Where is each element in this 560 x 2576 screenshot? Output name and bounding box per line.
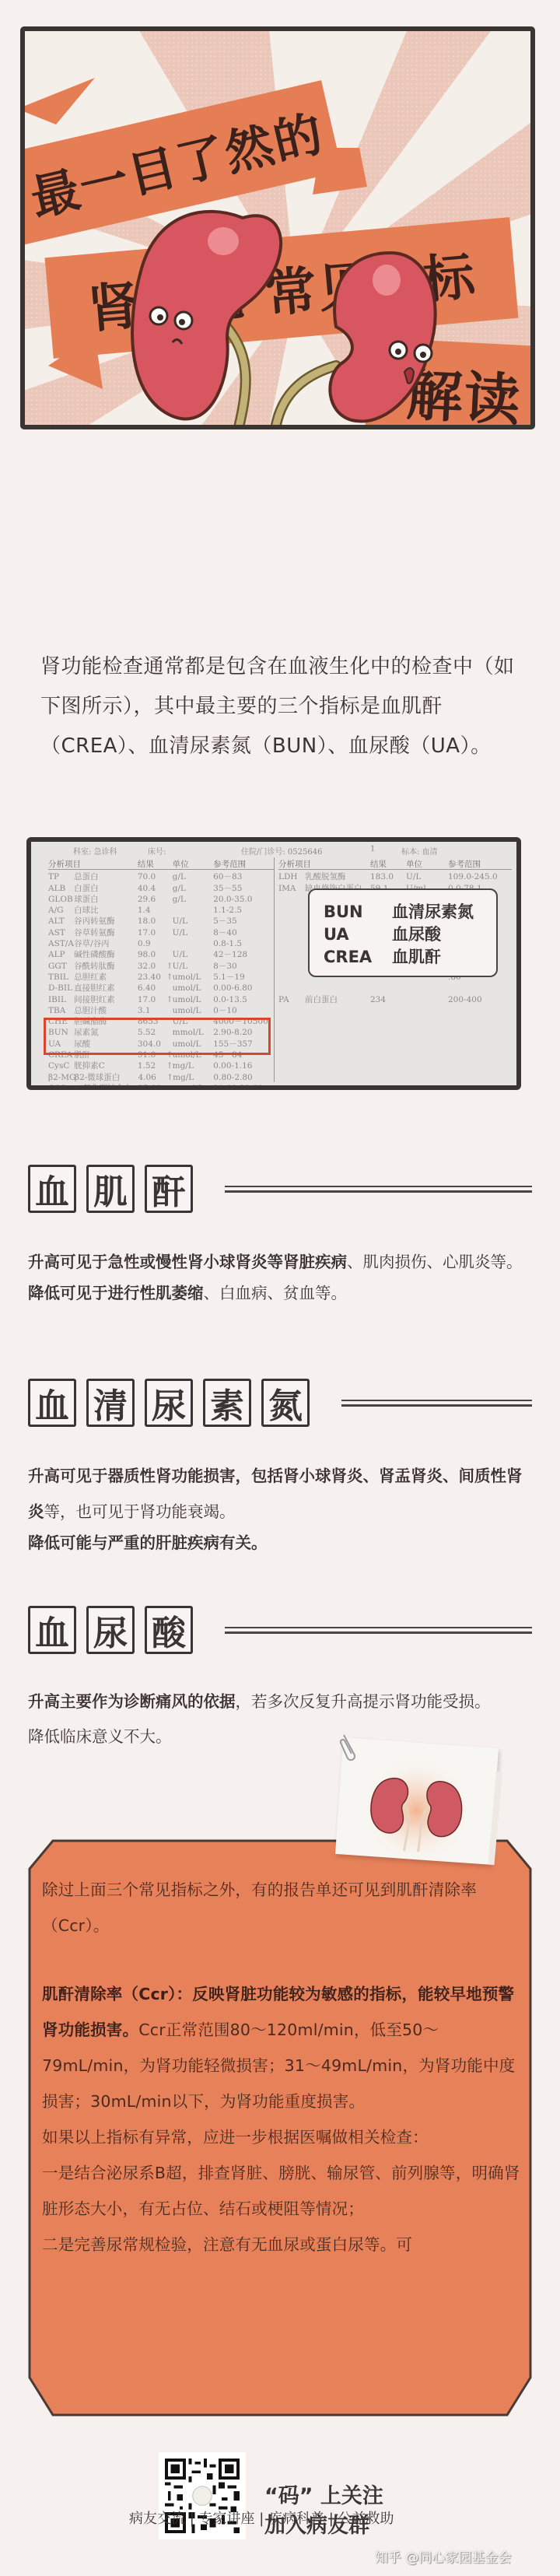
zhihu-watermark: 知乎 @同心家园基金会 [375,2546,511,2566]
report-cell-name [305,983,370,994]
report-cell-code: AST [48,927,74,938]
abnormal-flag-icon: ↑ [166,972,173,983]
report-cell-code: ALP [48,949,74,960]
report-cell-value: 17.0 [138,927,173,938]
report-cell-ref: 0.00-1.16 [213,1060,274,1071]
report-cell-name: 谷草/谷丙 [74,938,138,949]
abnormal-flag-icon: ↑ [166,961,173,972]
report-cell-value [370,983,406,994]
report-cell-code: IBIL [48,994,74,1005]
ccr-text: 除过上面三个常见指标之外，有的报告单还可见到肌酐清除率（Ccr）。 肌酐清除率（… [42,1872,520,2262]
column-header: 单位 [406,859,448,869]
indicator-legend: BUN 血清尿素氮 UA 血尿酸 CREA 血肌酐 [308,888,498,977]
legend-name: 血清尿素氮 [392,901,474,924]
report-row: TBIL总胆红素23.40↑umol/L5.1－19 [48,972,274,983]
section-title: 血 清 尿 素 氮 [28,1379,532,1427]
report-row: CysC胱抑素C1.52↑mg/L0.00-1.16 [48,1060,274,1071]
ccr-item-2: 二是完善尿常规检验，注意有无血尿或蛋白尿等。可 [42,2227,520,2262]
section-creatinine: 血 肌 酐 升高可见于急性或慢性肾小球肾炎等肾脏疾病、肌肉损伤、心肌炎等。 降低… [28,1165,532,1306]
report-cell-name: 球蛋白 [74,894,138,905]
report-cell-name: 谷草转氨酶 [74,927,138,938]
report-cell-ref: 42－128 [213,949,274,960]
report-cell-ref: 0.8-1.5 [213,938,274,949]
report-cell-name: 乳酸脱氢酶 [305,871,370,882]
legend-name: 血尿酸 [392,924,441,946]
report-cell-unit: mmol/L [173,1083,213,1090]
report-cell-code: ALB [48,883,74,894]
report-cell-value: 98.0 [138,949,173,960]
report-cell-ref: 0.0-13.5 [213,994,274,1005]
report-cell-value: 70.0 [138,871,173,882]
report-cell-code: ALT [48,916,74,927]
legend-code: BUN [324,901,392,924]
report-cell-value: 40.4 [138,883,173,894]
report-cell-value: 0.9 [138,938,173,949]
report-cell-code: TP [48,871,74,882]
report-cell-code: AST/A [48,938,74,949]
report-specimen: 标本: 血清 [401,845,438,857]
column-header: 分析项目 [48,859,138,869]
ccr-item-1: 一是结合泌尿系B超，排查肾脏、膀胱、输尿管、前列腺等，明确肾脏形态大小，有无占位… [42,2155,520,2227]
title-char-box: 酸 [145,1606,193,1654]
abnormal-flag-icon: ↑ [166,1060,173,1071]
report-cell-unit [406,983,448,994]
legend-row-bun: BUN 血清尿素氮 [324,901,496,924]
report-cell-ref: 8－40 [213,927,274,938]
report-patient-no: 住院/门诊号: 0525646 [241,845,322,857]
report-row [278,983,512,994]
report-cell-name: 碱性磷酸酶 [74,949,138,960]
legend-row-ua: UA 血尿酸 [324,924,496,946]
title-char-box: 清 [86,1379,135,1427]
report-cell-code: PA [278,994,305,1005]
report-cell-ref: 109.0-245.0 [448,871,510,882]
section-paragraph: 升高可见于急性或慢性肾小球肾炎等肾脏疾病、肌肉损伤、心肌炎等。 [28,1244,532,1280]
lab-report-image: 科室: 急诊科 床号: 住院/门诊号: 0525646 1 标本: 血清 分析项… [26,837,521,1090]
report-cell-name: 谷丙转氨酶 [74,916,138,927]
report-divider [274,857,275,1082]
report-cell-code: GLOB [48,894,74,905]
report-cell-unit: umol/L [173,994,214,1005]
report-cell-code: A/G [48,905,74,916]
report-row: A/G白球比1.41.1-2.5 [48,905,274,916]
report-cell-unit: U/L [173,949,214,960]
report-cell-name: 白蛋白 [74,883,138,894]
report-cell-unit: umol/L [173,1005,214,1016]
title-char-box: 尿 [145,1379,193,1427]
report-bed: 床号: [148,845,166,857]
report-column-header: 分析项目结果单位参考范围 [48,859,274,870]
report-cell-code [278,894,305,905]
report-cell-name: 总胆汁酸 [74,1005,138,1016]
report-cell-code [278,916,305,927]
report-row: PA前白蛋白234200-400 [278,994,512,1005]
footer-tags: 病友交流 | 专家讲座 | 疾病科普 | 公益救助 [129,2508,394,2528]
report-row: GGT谷酰转肽酶32.0↑U/L8－30 [48,961,274,972]
title-divider [225,1186,532,1193]
report-cell-unit [173,905,214,916]
column-header: 结果 [370,859,406,869]
paperclip-icon [339,1732,359,1765]
report-cell-unit: g/L [173,883,214,894]
abnormal-flag-icon: ↑ [166,1072,173,1083]
report-cell-name: 胱抑素C [74,1060,138,1071]
report-cell-code: β2-MG [48,1072,75,1083]
report-row: LDH乳酸脱氢酶183.0U/L109.0-245.0 [278,871,512,882]
report-cell-ref: 0.80-2.80 [213,1072,274,1083]
report-cell-code: GGT [48,961,74,972]
ccr-intro: 除过上面三个常见指标之外，有的报告单还可见到肌酐清除率（Ccr）。 [42,1872,520,1943]
report-row: CO2cp二氧化碳结合力25.80mmol/L21.00-29.00 [48,1083,274,1090]
report-row: D-BIL直接胆红素6.40umol/L0.00-6.80 [48,983,274,994]
report-cell-code [278,972,305,983]
report-cell-unit: mg/L [173,1060,214,1071]
report-cell-unit: U/L [406,871,448,882]
title-divider [341,1400,532,1407]
title-char-box: 氮 [261,1379,310,1427]
report-cell-ref: 5.1－19 [213,972,274,983]
legend-row-crea: CREA 血肌酐 [324,946,496,969]
section-body: 升高主要作为诊断痛风的依据，若多次反复升高提示肾功能受损。 降低临床意义不大。 [28,1684,532,1754]
report-cell-unit: U/L [173,961,214,972]
small-kidneys-icon [335,1737,499,1865]
report-cell-code [278,938,305,949]
report-row: TP总蛋白70.0g/L60－83 [48,871,274,882]
report-row: ALP碱性磷酸酶98.0U/L42－128 [48,949,274,960]
report-cell-name: 间接胆红素 [74,994,138,1005]
report-cell-unit: g/L [173,894,214,905]
report-cell-unit: g/L [173,871,214,882]
report-cell-code [278,983,305,994]
column-header: 参考范围 [213,859,274,869]
title-char-box: 酐 [145,1165,193,1213]
title-char-box: 素 [203,1379,251,1427]
report-cell-name: 直接胆红素 [74,983,138,994]
title-char-box: 血 [28,1606,76,1654]
abnormal-flag-icon: ↑ [166,994,173,1005]
intro-paragraph: 肾功能检查通常都是包含在血液生化中的检查中（如下图所示），其中最主要的三个指标是… [40,647,523,766]
report-cell-ref: 200-400 [448,994,510,1005]
report-cell-name: 总蛋白 [74,871,138,882]
report-cell-value: 29.6 [138,894,173,905]
report-row: ALB白蛋白40.4g/L35－55 [48,883,274,894]
report-cell-code [278,949,305,960]
kidney-photo-card [335,1737,499,1865]
hero-illustration: 最一目了然的 肾功能 常见指标 解读 [20,26,535,429]
ccr-definition: 肌酐清除率（Ccr）：反映肾脏功能较为敏感的指标，能较早地预警肾功能损害。Ccr… [42,1976,520,2119]
title-char-box: 肌 [86,1165,135,1213]
report-cell-value: 234 [370,994,406,1005]
title-char-box: 血 [28,1165,76,1213]
report-row: TBA总胆汁酸3.1umol/L0－10 [48,1005,274,1016]
legend-code: CREA [324,946,392,969]
report-cell-ref: 0.00-6.80 [213,983,274,994]
report-cell-unit [173,938,214,949]
title-char-box: 尿 [86,1606,135,1654]
section-uric-acid: 血 尿 酸 升高主要作为诊断痛风的依据，若多次反复升高提示肾功能受损。 降低临床… [28,1606,532,1754]
report-cell-ref: 1.1-2.5 [213,905,274,916]
report-cell-name: 二氧化碳结合力 [75,1083,138,1090]
report-cell-ref: 20.0-35.0 [213,894,274,905]
report-cell-unit: umol/L [173,972,214,983]
section-paragraph: 降低可见于进行性肌萎缩、白血病、贫血等。 [28,1280,532,1306]
report-cell-ref: 21.00-29.00 [213,1083,274,1090]
report-cell-code [278,961,305,972]
report-cell-value: 6.40 [138,983,173,994]
report-cell-value: 1.4 [138,905,173,916]
report-row: GLOB球蛋白29.6g/L20.0-35.0 [48,894,274,905]
report-cell-unit: U/L [173,927,214,938]
column-header: 参考范围 [448,859,510,869]
report-cell-unit [406,994,448,1005]
report-cell-code: LDH [278,871,305,882]
report-cell-ref: 35－55 [213,883,274,894]
report-row: ALT谷丙转氨酶18.0U/L5－35 [48,916,274,927]
report-cell-value: 183.0 [370,871,406,882]
section-paragraph: 升高主要作为诊断痛风的依据，若多次反复升高提示肾功能受损。 [28,1684,532,1719]
section-paragraph: 升高可见于器质性肾功能损害，包括肾小球肾炎、肾盂肾炎、间质性肾炎等，也可见于肾功… [28,1458,532,1530]
report-cell-name: β2-微球蛋白 [75,1072,138,1083]
report-cell-ref: 5－35 [213,916,274,927]
legend-code: UA [324,924,392,946]
title-divider [225,1627,532,1634]
report-left-column: 分析项目结果单位参考范围TP总蛋白70.0g/L60－83ALB白蛋白40.4g… [48,859,274,1090]
title-char-box: 血 [28,1379,76,1427]
column-header: 结果 [138,859,173,869]
report-cell-code: TBIL [48,972,74,983]
report-cell-code: CO2cp [48,1083,75,1090]
report-cell-unit: mg/L [173,1072,213,1083]
report-header: 科室: 急诊科 床号: 住院/门诊号: 0525646 1 标本: 血清 [62,845,509,857]
report-cell-name: 谷酰转肽酶 [74,961,138,972]
legend-name: 血肌酐 [392,946,441,969]
report-cell-code: CysC [48,1060,74,1071]
report-cell-value: 25.80 [138,1083,173,1090]
report-cell-code [278,905,305,916]
section-paragraph: 降低可能与严重的肝脏疾病有关。 [28,1530,532,1556]
report-cell-value: 18.0 [138,916,173,927]
cartoon-kidneys-icon [25,31,535,429]
report-cell-unit: umol/L [173,983,214,994]
report-page: 1 [370,845,375,853]
report-cell-ref: 8－30 [213,961,274,972]
report-cell-code: D-BIL [48,983,74,994]
report-row: β2-MGβ2-微球蛋白4.06↑mg/L0.80-2.80 [48,1072,274,1083]
column-header: 分析项目 [278,859,370,869]
report-row: AST谷草转氨酶17.0U/L8－40 [48,927,274,938]
section-title: 血 尿 酸 [28,1606,532,1654]
report-dept: 科室: 急诊科 [73,845,117,857]
report-cell-unit: U/L [173,916,214,927]
report-cell-name: 白球比 [74,905,138,916]
report-row: AST/A谷草/谷丙0.90.8-1.5 [48,938,274,949]
report-cell-name: 前白蛋白 [305,994,370,1005]
report-cell-ref [448,983,510,994]
report-row: IBIL间接胆红素17.0↑umol/L0.0-13.5 [48,994,274,1005]
column-header: 单位 [173,859,214,869]
report-cell-ref: 60－83 [213,871,274,882]
report-cell-code: IMA [278,883,305,894]
report-cell-ref: 0－10 [213,1005,274,1016]
section-title: 血 肌 酐 [28,1165,532,1213]
section-bun: 血 清 尿 素 氮 升高可见于器质性肾功能损害，包括肾小球肾炎、肾盂肾炎、间质性… [28,1379,532,1556]
report-cell-code [278,927,305,938]
report-cell-name: 总胆红素 [74,972,138,983]
section-body: 升高可见于器质性肾功能损害，包括肾小球肾炎、肾盂肾炎、间质性肾炎等，也可见于肾功… [28,1458,532,1556]
ccr-advice: 如果以上指标有异常，应进一步根据医嘱做相关检查： [42,2119,520,2155]
report-column-header: 分析项目结果单位参考范围 [278,859,512,870]
report-cell-value: 3.1 [138,1005,173,1016]
section-body: 升高可见于急性或慢性肾小球肾炎等肾脏疾病、肌肉损伤、心肌炎等。 降低可见于进行性… [28,1244,532,1306]
kidney-indicators-highlight [44,1018,271,1055]
ccr-info-box: 除过上面三个常见指标之外，有的报告单还可见到肌酐清除率（Ccr）。 肌酐清除率（… [28,1839,532,2417]
report-cell-code: TBA [48,1005,74,1016]
